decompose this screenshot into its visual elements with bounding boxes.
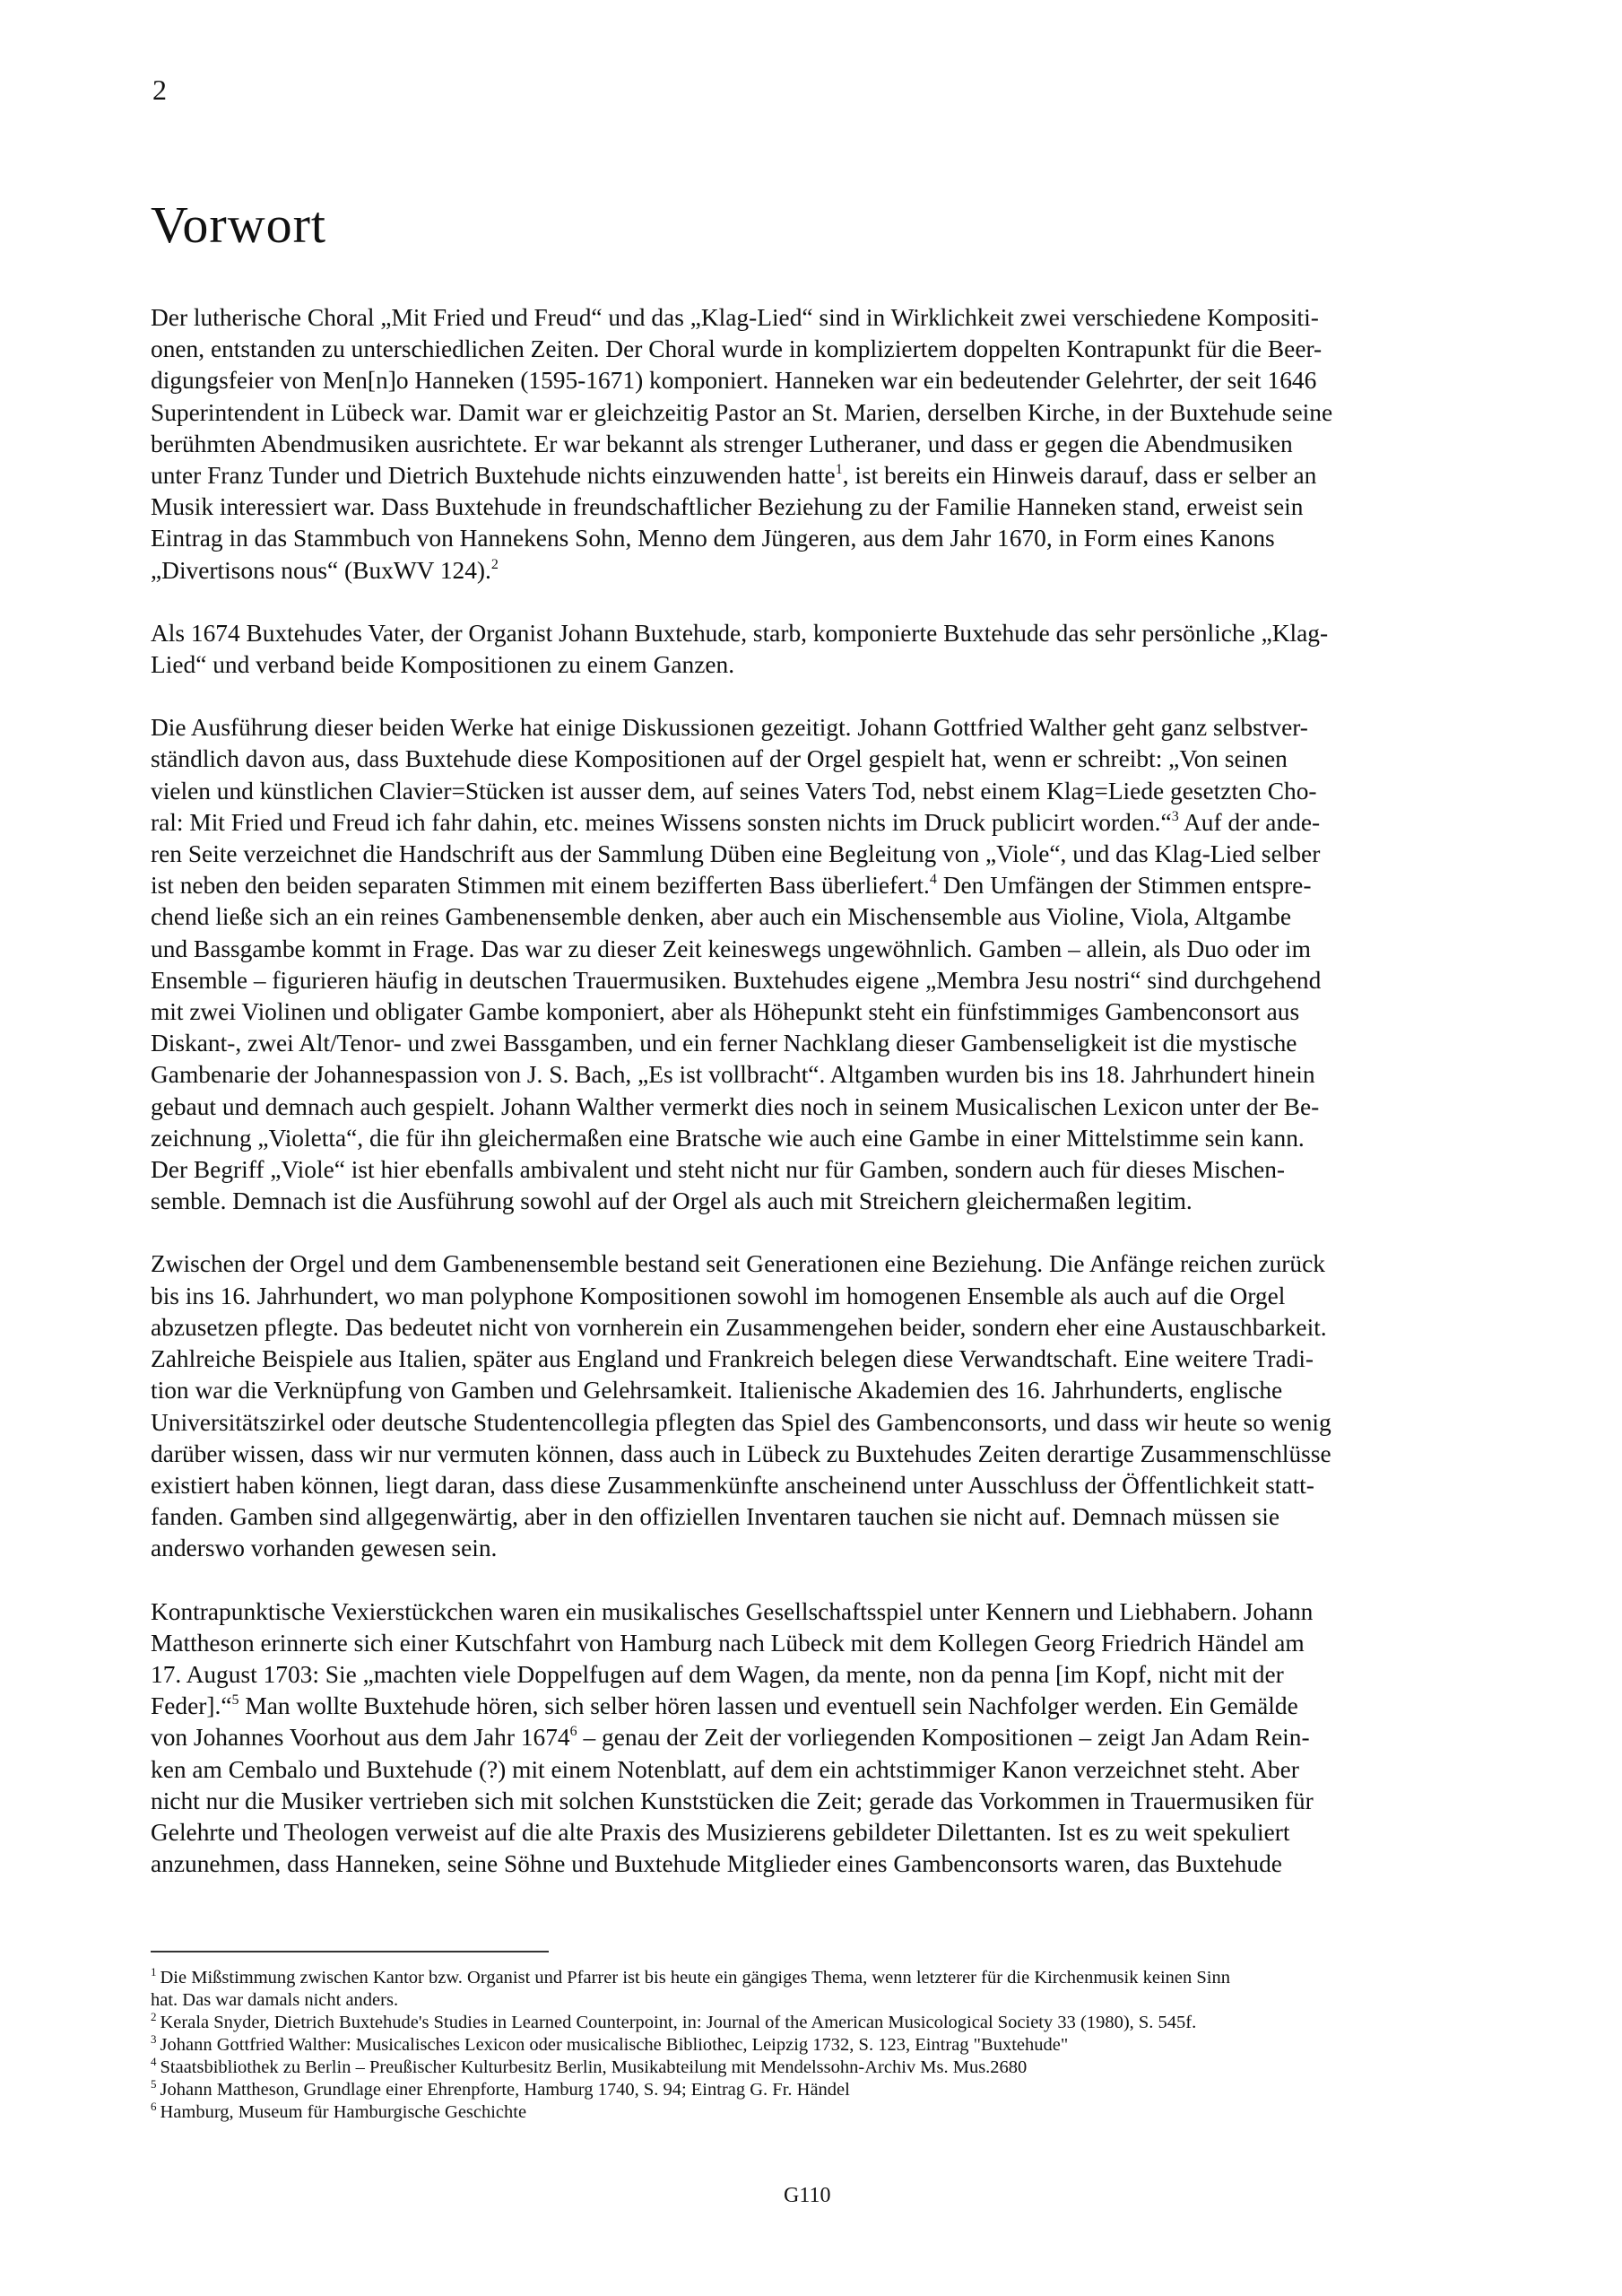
text-line: ken am Cembalo und Buxtehude (?) mit ein… xyxy=(151,1754,1478,1786)
text-line: Zwischen der Orgel und dem Gambenensembl… xyxy=(151,1248,1478,1280)
text-line: Zahlreiche Beispiele aus Italien, später… xyxy=(151,1344,1478,1375)
text-line: Diskant-, zwei Alt/Tenor- und zwei Bassg… xyxy=(151,1028,1478,1059)
text-line: Eintrag in das Stammbuch von Hannekens S… xyxy=(151,523,1478,554)
footnote-line: 6Hamburg, Museum für Hamburgische Geschi… xyxy=(151,2101,1478,2124)
footnote-number: 5 xyxy=(151,2077,157,2091)
footnote-reference[interactable]: 2 xyxy=(491,557,499,572)
text-line: anderswo vorhanden gewesen sein. xyxy=(151,1533,1478,1564)
text-line: existiert haben können, liegt daran, das… xyxy=(151,1470,1478,1501)
footnote-reference[interactable]: 4 xyxy=(930,872,937,887)
text-line: zeichnung „Violetta“, die für ihn gleich… xyxy=(151,1123,1478,1154)
text-line: nicht nur die Musiker vertrieben sich mi… xyxy=(151,1786,1478,1817)
text-line: Feder].“5 Man wollte Buxtehude hören, si… xyxy=(151,1691,1478,1722)
footnote-reference[interactable]: 6 xyxy=(570,1724,577,1739)
text-line: Die Ausführung dieser beiden Werke hat e… xyxy=(151,712,1478,744)
footnote-number: 1 xyxy=(151,1965,157,1979)
text-line: gebaut und demnach auch gespielt. Johann… xyxy=(151,1091,1478,1123)
footnotes: 1Die Mißstimmung zwischen Kantor bzw. Or… xyxy=(151,1967,1478,2124)
text-line: Der lutherische Choral „Mit Fried und Fr… xyxy=(151,302,1478,334)
text-line: Der Begriff „Viole“ ist hier ebenfalls a… xyxy=(151,1154,1478,1186)
text-line: bis ins 16. Jahrhundert, wo man polyphon… xyxy=(151,1281,1478,1312)
footnote-line: 4Staatsbibliothek zu Berlin – Preußische… xyxy=(151,2057,1478,2079)
footnote-reference[interactable]: 5 xyxy=(232,1692,239,1708)
text-line: Gambenarie der Johannespassion von J. S.… xyxy=(151,1059,1478,1091)
footnote-item: 4Staatsbibliothek zu Berlin – Preußische… xyxy=(151,2057,1478,2079)
footnote-number: 2 xyxy=(151,2010,157,2023)
footnote-line: 5Johann Mattheson, Grundlage einer Ehren… xyxy=(151,2079,1478,2101)
footnote-number: 3 xyxy=(151,2032,157,2046)
text-line: Musik interessiert war. Dass Buxtehude i… xyxy=(151,491,1478,523)
text-line: von Johannes Voorhout aus dem Jahr 16746… xyxy=(151,1722,1478,1753)
text-line: Lied“ und verband beide Kompositionen zu… xyxy=(151,649,1478,681)
text-line: darüber wissen, dass wir nur vermuten kö… xyxy=(151,1439,1478,1470)
text-line: 17. August 1703: Sie „machten viele Dopp… xyxy=(151,1659,1478,1691)
text-line: berühmten Abendmusiken ausrichtete. Er w… xyxy=(151,429,1478,460)
text-line: ren Seite verzeichnet die Handschrift au… xyxy=(151,839,1478,870)
paragraph: Kontrapunktische Vexierstückchen waren e… xyxy=(151,1596,1478,1881)
text-line: Mattheson erinnerte sich einer Kutschfah… xyxy=(151,1628,1478,1659)
footnote-number: 4 xyxy=(151,2055,157,2068)
text-line: abzusetzen pflegte. Das bedeutet nicht v… xyxy=(151,1312,1478,1344)
text-line: „Divertisons nous“ (BuxWV 124).2 xyxy=(151,555,1478,587)
footnote-line: hat. Das war damals nicht anders. xyxy=(151,1989,1478,2012)
footnote-item: 2Kerala Snyder, Dietrich Buxtehude's Stu… xyxy=(151,2012,1478,2034)
footnote-reference[interactable]: 3 xyxy=(1172,809,1179,824)
text-line: Ensemble – figurieren häufig in deutsche… xyxy=(151,965,1478,996)
footnote-item: 6Hamburg, Museum für Hamburgische Geschi… xyxy=(151,2101,1478,2124)
paragraph: Die Ausführung dieser beiden Werke hat e… xyxy=(151,712,1478,1217)
text-line: ral: Mit Fried und Freud ich fahr dahin,… xyxy=(151,807,1478,839)
text-line: ständlich davon aus, dass Buxtehude dies… xyxy=(151,744,1478,775)
text-line: fanden. Gamben sind allgegenwärtig, aber… xyxy=(151,1501,1478,1533)
footnote-item: 5Johann Mattheson, Grundlage einer Ehren… xyxy=(151,2079,1478,2101)
text-line: unter Franz Tunder und Dietrich Buxtehud… xyxy=(151,460,1478,491)
text-line: Superintendent in Lübeck war. Damit war … xyxy=(151,397,1478,429)
text-line: semble. Demnach ist die Ausführung sowoh… xyxy=(151,1186,1478,1217)
page-number: 2 xyxy=(152,75,167,104)
page-code: G110 xyxy=(784,2185,830,2206)
text-line: digungsfeier von Men[n]o Hanneken (1595-… xyxy=(151,365,1478,396)
text-line: tion war die Verknüpfung von Gamben und … xyxy=(151,1375,1478,1406)
text-line: mit zwei Violinen und obligater Gambe ko… xyxy=(151,996,1478,1028)
footnote-number: 6 xyxy=(151,2100,157,2113)
footnote-item: 1Die Mißstimmung zwischen Kantor bzw. Or… xyxy=(151,1967,1478,2012)
footnote-reference[interactable]: 1 xyxy=(836,462,843,477)
text-line: und Bassgambe kommt in Frage. Das war zu… xyxy=(151,934,1478,965)
footnote-line: 2Kerala Snyder, Dietrich Buxtehude's Stu… xyxy=(151,2012,1478,2034)
page-title: Vorwort xyxy=(151,199,326,251)
footnote-line: 1Die Mißstimmung zwischen Kantor bzw. Or… xyxy=(151,1967,1478,1989)
body-text: Der lutherische Choral „Mit Fried und Fr… xyxy=(151,302,1478,1911)
paragraph: Zwischen der Orgel und dem Gambenensembl… xyxy=(151,1248,1478,1564)
footnote-separator xyxy=(151,1951,549,1952)
text-line: Kontrapunktische Vexierstückchen waren e… xyxy=(151,1596,1478,1628)
text-line: Universitätszirkel oder deutsche Student… xyxy=(151,1407,1478,1439)
paragraph: Der lutherische Choral „Mit Fried und Fr… xyxy=(151,302,1478,587)
footnote-item: 3Johann Gottfried Walther: Musicalisches… xyxy=(151,2034,1478,2057)
text-line: anzunehmen, dass Hanneken, seine Söhne u… xyxy=(151,1848,1478,1880)
paragraph: Als 1674 Buxtehudes Vater, der Organist … xyxy=(151,618,1478,681)
text-line: chend ließe sich an ein reines Gambenens… xyxy=(151,901,1478,933)
text-line: vielen und künstlichen Clavier=Stücken i… xyxy=(151,776,1478,807)
text-line: Als 1674 Buxtehudes Vater, der Organist … xyxy=(151,618,1478,649)
text-line: Gelehrte und Theologen verweist auf die … xyxy=(151,1817,1478,1848)
text-line: onen, entstanden zu unterschiedlichen Ze… xyxy=(151,334,1478,365)
footnote-line: 3Johann Gottfried Walther: Musicalisches… xyxy=(151,2034,1478,2057)
text-line: ist neben den beiden separaten Stimmen m… xyxy=(151,870,1478,901)
